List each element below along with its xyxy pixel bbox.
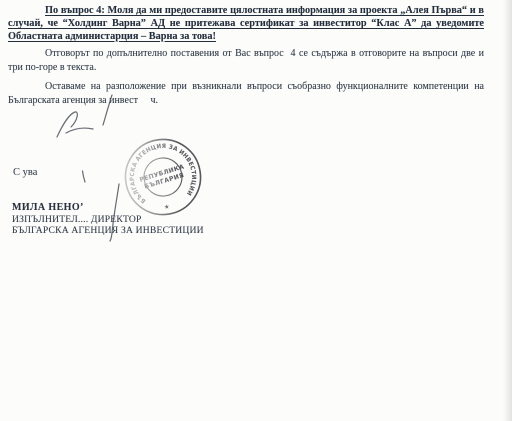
paragraph-answer: Отговорът по допълнително поставения от …: [8, 47, 484, 74]
body-line: три по-горе в текста.: [8, 61, 484, 75]
signatory-block: МИЛА НЕНО’ ИЗПЪЛНИТЕЛ.... ДИРЕКТОР БЪЛГА…: [12, 202, 204, 237]
heading-line: По въпрос 4: Моля да ми предоставите цял…: [8, 5, 484, 18]
heading-line: случай, че “Холдинг Варна” АД не притежа…: [8, 18, 484, 31]
closing-salutation: С ува: [13, 167, 37, 178]
document-scan: По въпрос 4: Моля да ми предоставите цял…: [0, 0, 512, 421]
heading-line: Областната администарция – Варна за това…: [8, 31, 484, 44]
signatory-name: МИЛА НЕНО’: [12, 202, 204, 214]
body-line: Българската агенция за инвест ч.: [8, 94, 484, 108]
paragraph-question4: По въпрос 4: Моля да ми предоставите цял…: [8, 5, 484, 43]
signature-stroke: [57, 112, 77, 137]
signatory-title: ИЗПЪЛНИТЕЛ.... ДИРЕКТОР: [12, 214, 204, 226]
scan-edge-shadow: [503, 0, 512, 421]
signature-stroke: [83, 171, 86, 182]
paragraph-availability: Оставаме на разположение при възникнали …: [8, 80, 484, 107]
body-line: Оставаме на разположение при възникнали …: [8, 80, 484, 94]
body-line: Отговорът по допълнително поставения от …: [8, 47, 484, 61]
signature-stroke: [66, 128, 93, 133]
signatory-organization: БЪЛГАРСКА АГЕНЦИЯ ЗА ИНВЕСТИЦИИ: [12, 225, 204, 237]
